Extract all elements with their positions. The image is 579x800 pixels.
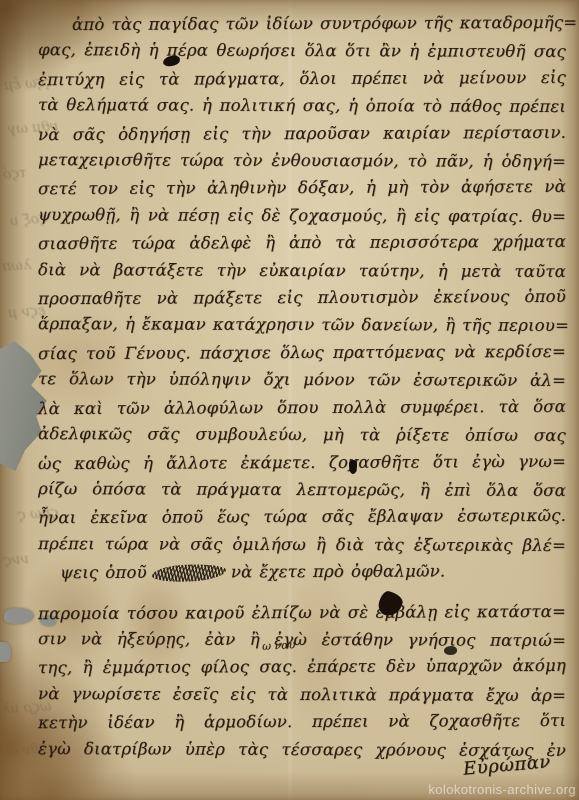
manuscript-line: κετὴν ἰδέαν ἢ ἁρμοδίων. πρέπει νὰ ζοχασθ… [38,707,566,737]
manuscript-line: σίας τοῦ Γένους. πάσχισε ὅλως πραττόμενα… [38,338,566,368]
manuscript-line: σετέ τον εἰς τὴν ἀληθινὴν δόξαν, ἡ μὴ τὸ… [38,173,566,203]
manuscript-line: ψυχρωθῇ, ἢ νὰ πέσῃ εἰς δὲ ζοχασμούς, ἢ ε… [38,201,566,230]
manuscript-line: μεταχειρισθῆτε τώρα τὸν ἐνθουσιασμόν, τὸ… [38,146,566,175]
paper-damage-spot [0,642,11,662]
manuscript-line: τε ὅλων τὴν ὑπόληψιν ὄχι μόνον τῶν ἐσωτε… [38,365,566,394]
manuscript-line: νὰ σᾶς ὁδηγήσῃ εἰς τὴν παροῦσαν καιρίαν … [38,118,566,148]
ink-blot [444,646,457,655]
manuscript-line: ἀδελφικῶς σᾶς συμβουλεύω, μὴ τὰ ῥίξετε ὀ… [38,420,566,449]
manuscript-line: παρομοία τόσου καιροῦ ἐλπίζω νὰ σὲ ἐμβάλ… [38,597,566,627]
watermark: kolokotronis-archive.org [428,782,576,797]
paragraph-gap [38,586,566,599]
paper-damage-spot [4,608,34,624]
manuscript-line: ρίζω ὁπόσα τὰ πράγματα λεπτομερῶς, ἢ ἐπὶ… [38,475,566,504]
manuscript-line-fragment: νὰ ἔχετε πρὸ ὀφθαλμῶν. [231,562,446,582]
manuscript-line: τὰ θελήματά σας. ἡ πολιτική σας, ἡ ὁποία… [38,91,566,120]
strikethrough-scribble [151,563,226,583]
manuscript-line: ἅρπαξαν, ἡ ἔκαμαν κατάχρησιν τῶν δανείων… [38,311,566,340]
manuscript-line: ἦναι ἐκεῖνα ὁποῦ ἕως τώρα σᾶς ἔβλαψαν ἐσ… [38,502,566,532]
manuscript-line: φας, ἐπειδὴ ἡ πέρα θεωρήσει ὅλα ὅτι ἂν ἡ… [38,36,566,65]
manuscript-page: ςϛω ἐμ νθμ ωγ τϛό ϛοξ υ λωπ εϛν μ ϛμω ς … [0,0,579,800]
manuscript-line: ἀπὸ τὰς παγίδας τῶν ἰδίων συντρόφων τῆς … [38,9,566,39]
manuscript-line: σιασθῆτε τώρα ἀδελφὲ ἢ ἀπὸ τὰ περισσότερ… [38,228,566,258]
manuscript-line: νὰ γνωρίσετε ἐσεῖς εἰς τὰ πολιτικὰ πράγμ… [38,680,566,709]
manuscript-line: διὰ νὰ βαστάξετε τὴν εὐκαιρίαν ταύτην, ἡ… [38,256,566,285]
manuscript-line: ἐπιτύχη εἰς τὰ πράγματα, ὅλοι πρέπει νὰ … [38,64,566,94]
manuscript-line: λὰ καὶ τῶν ἀλλοφύλων ὅπου πολλὰ συμφέρει… [38,393,566,423]
manuscript-line: της, ἢ ἐμμάρτιος φίλος σας. ἐπάρετε δὲν … [38,652,566,682]
manuscript-line: προσπαθῆτε νὰ πράξετε εἰς πλουτισμὸν ἐκε… [38,283,566,313]
bleedthrough-mark: ννς [3,551,29,569]
manuscript-line: πρέπει τώρα νὰ σᾶς ὁμιλήσω ἢ διὰ τὰς ἐξω… [38,530,566,559]
manuscript-line-with-strikethrough: ψεις ὁποῦνὰ ἔχετε πρὸ ὀφθαλμῶν. [60,557,566,587]
manuscript-line-fragment: ψεις ὁποῦ [60,563,147,582]
manuscript-line: σιν νὰ ἠξεύρῃς, ἐὰν ἢ ἐγὼ ἐστάθην γνήσιο… [38,625,566,654]
manuscript-line: ὡς καθὼς ἡ ἄλλοτε ἐκάμετε. ζοχασθῆτε ὅτι… [38,447,566,477]
interlinear-insertion: ω ναυ [262,638,296,653]
bleedthrough-mark: λωπ [1,257,32,275]
manuscript-text: ἀπὸ τὰς παγίδας τῶν ἰδίων συντρόφων τῆς … [38,10,566,763]
bleedthrough-mark: τϛό [2,165,27,183]
